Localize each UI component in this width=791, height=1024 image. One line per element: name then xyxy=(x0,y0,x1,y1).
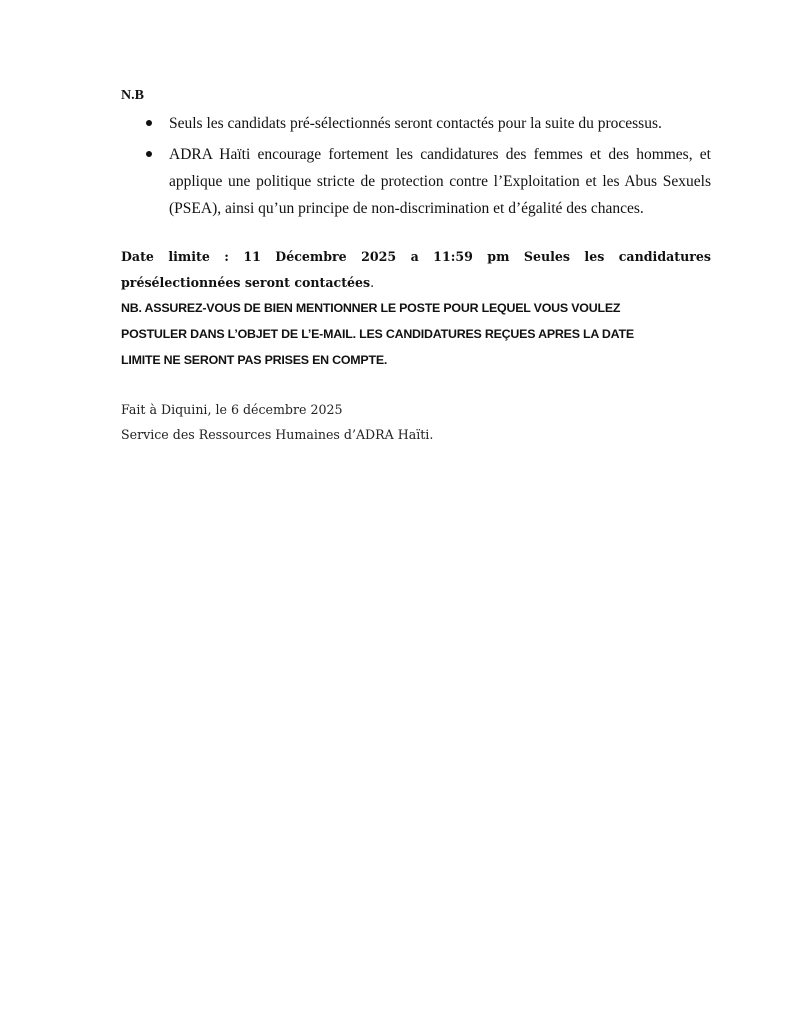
bullet-text: Seuls les candidats pré-sélectionnés ser… xyxy=(169,115,662,132)
bullet-icon xyxy=(146,151,152,157)
document-page: N.B Seuls les candidats pré-sélectionnés… xyxy=(0,0,791,1024)
department-name: Service des Ressources Humaines d’ADRA H… xyxy=(121,422,433,447)
email-subject-notice: NB. ASSUREZ-VOUS DE BIEN MENTIONNER LE P… xyxy=(121,295,721,373)
signature-block: Fait à Diquini, le 6 décembre 2025 Servi… xyxy=(121,397,433,447)
notice-line: LIMITE NE SERONT PAS PRISES EN COMPTE. xyxy=(121,347,721,373)
deadline-paragraph: Date limite : 11 Décembre 2025 a 11:59 p… xyxy=(121,244,711,296)
notice-line: NB. ASSUREZ-VOUS DE BIEN MENTIONNER LE P… xyxy=(121,295,721,321)
bullet-item: Seuls les candidats pré-sélectionnés ser… xyxy=(121,110,711,137)
place-date: Fait à Diquini, le 6 décembre 2025 xyxy=(121,397,433,422)
bullet-text: ADRA Haïti encourage fortement les candi… xyxy=(169,146,711,217)
notice-line: POSTULER DANS L’OBJET DE L’E-MAIL. LES C… xyxy=(121,321,721,347)
bullet-icon xyxy=(146,120,152,126)
deadline-period: . xyxy=(370,275,374,290)
deadline-text: Date limite : 11 Décembre 2025 a 11:59 p… xyxy=(121,249,711,290)
nb-bullet-list: Seuls les candidats pré-sélectionnés ser… xyxy=(121,110,711,226)
nb-heading: N.B xyxy=(121,88,144,104)
bullet-item: ADRA Haïti encourage fortement les candi… xyxy=(121,141,711,222)
